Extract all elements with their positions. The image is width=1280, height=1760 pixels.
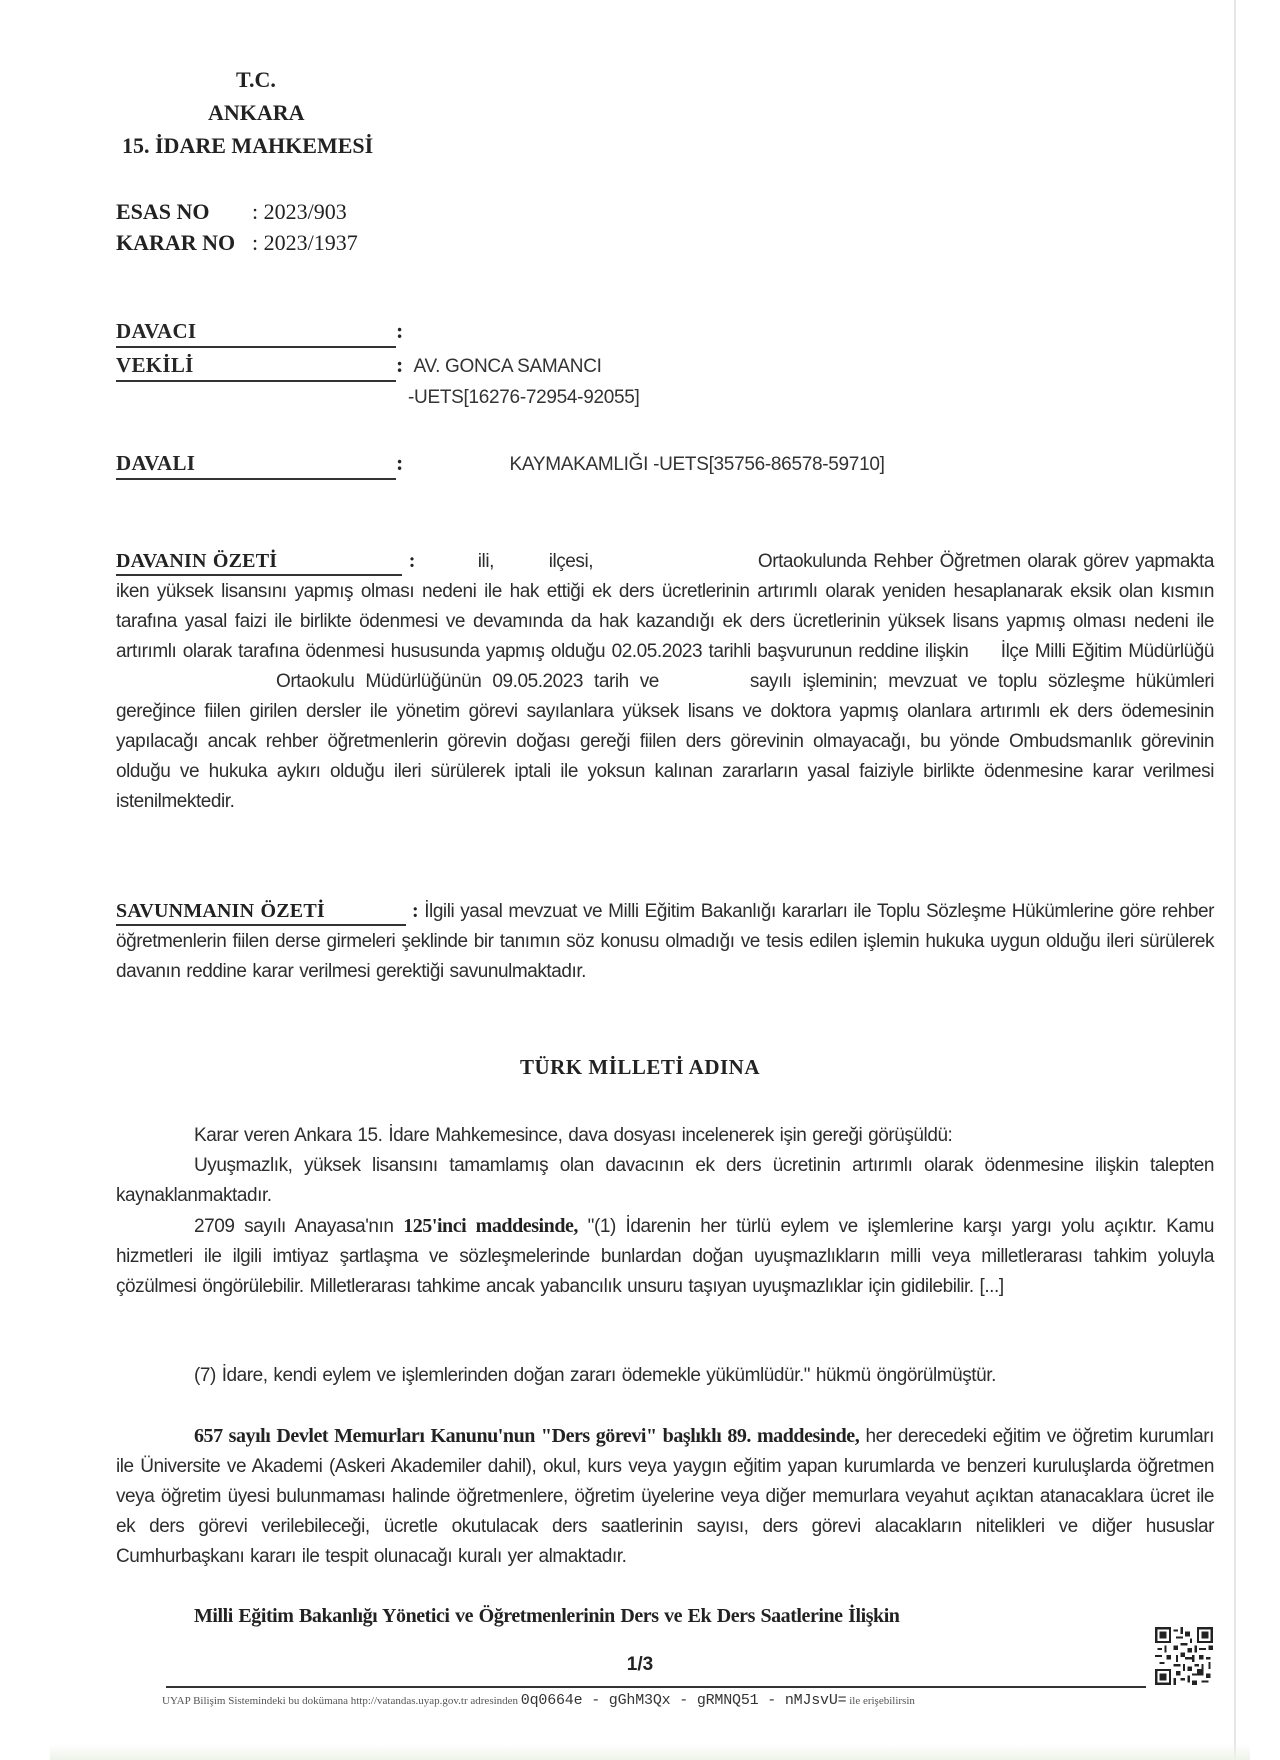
ilce-text: ilçesi, [549,551,593,572]
karar-no-value: : 2023/1937 [252,227,358,258]
esas-no-value: : 2023/903 [252,196,347,227]
case-numbers: ESAS NO : 2023/903 KARAR NO : 2023/1937 [116,196,358,258]
party-davali: DAVALI: KAYMAKAMLIĞI -UETS[35756-86578-5… [116,448,885,480]
body-p5-bold: 657 sayılı Devlet Memurları Kanunu'nun "… [194,1425,859,1447]
esas-no-label: ESAS NO [116,196,252,227]
court-header: T.C. ANKARA 15. İDARE MAHKEMESİ [122,63,373,162]
vekili-value: AV. GONCA SAMANCI [414,356,602,377]
footer-prefix: UYAP Bilişim Sistemindeki bu dokümana ht… [162,1695,518,1707]
body-p1-text: Karar veren Ankara 15. İdare Mahkemesinc… [194,1125,952,1146]
body-paragraph-1: Karar veren Ankara 15. İdare Mahkemesinc… [116,1121,1214,1151]
footer-suffix: ile erişebilirsin [849,1695,915,1707]
header-court: 15. İDARE MAHKEMESİ [122,129,373,162]
vekili-colon: : [396,350,408,380]
davaci-label: DAVACI [116,316,396,348]
body-p3-pre: 2709 sayılı Anayasa'nın [194,1216,393,1237]
body-p5-rest: her derecedeki eğitim ve öğretim kurumla… [116,1426,1214,1567]
party-davaci: DAVACI: [116,316,408,348]
davanin-ozeti-body2: işleminin; mevzuat ve toplu sözleşme hük… [116,671,1214,812]
uyap-footer: UYAP Bilişim Sistemindeki bu dokümana ht… [162,1692,1162,1709]
mem-text: Milli Eğitim Müdürlüğü [1035,641,1214,662]
page-edge [1234,0,1236,1760]
body-p6-bold: Milli Eğitim Bakanlığı Yönetici ve Öğret… [194,1605,900,1627]
body-p4-text: (7) İdare, kendi eylem ve işlemlerinden … [194,1365,996,1386]
karar-no-label: KARAR NO [116,227,252,258]
body-paragraph-2: Uyuşmazlık, yüksek lisansını tamamlamış … [116,1151,1214,1211]
decision-title: TÜRK MİLLETİ ADINA [0,1055,1280,1080]
body-paragraph-3: 2709 sayılı Anayasa'nın 125'inci maddesi… [116,1211,1214,1302]
vekili-uets: -UETS[16276-72954-92055] [408,387,640,408]
davali-label: DAVALI [116,448,396,480]
il-text: ili, [478,551,494,572]
davali-value: KAYMAKAMLIĞI -UETS[35756-86578-59710] [510,454,885,475]
party-vekili-uets: -UETS[16276-72954-92055] [408,381,640,413]
davaci-colon: : [396,316,408,346]
verification-code: 0q0664e - gGhM3Qx - gRMNQ51 - nMJsvU= [521,1692,847,1709]
body-p3-bold: 125'inci maddesinde, [403,1215,578,1237]
body-paragraph-4: (7) İdare, kendi eylem ve işlemlerinden … [116,1361,1214,1391]
sayili-text: sayılı [750,671,792,692]
body-p2-text: Uyuşmazlık, yüksek lisansını tamamlamış … [116,1155,1214,1206]
davanin-ozeti-label: DAVANIN ÖZETİ [116,548,402,576]
davali-colon: : [396,448,408,478]
party-vekili: VEKİLİ: AV. GONCA SAMANCI [116,350,602,382]
okul-mudurlugu-text: Ortaokulu Müdürlüğünün 09.05.2023 tarih … [276,671,659,692]
davanin-ozeti-colon: : [409,550,415,572]
page-number: 1/3 [0,1654,1280,1676]
savunmanin-ozeti-section: SAVUNMANIN ÖZETİ : İlgili yasal mevzuat … [116,896,1214,987]
savunmanin-ozeti-colon: : [412,900,418,922]
vekili-label: VEKİLİ [116,350,396,382]
header-tc: T.C. [122,63,373,96]
scan-tint [50,1744,1250,1760]
body-paragraph-5: 657 sayılı Devlet Memurları Kanunu'nun "… [116,1421,1214,1572]
footer-divider [166,1686,1146,1688]
body-paragraph-6: Milli Eğitim Bakanlığı Yönetici ve Öğret… [116,1601,1214,1632]
header-city: ANKARA [122,96,373,129]
savunmanin-ozeti-label: SAVUNMANIN ÖZETİ [116,898,406,926]
davanin-ozeti-section: DAVANIN ÖZETİ : ili, ilçesi, Ortaokulund… [116,546,1214,817]
ilce-word: İlçe [1001,641,1029,662]
okul-text: Ortaokulunda Rehber Öğretmen [758,551,1021,572]
